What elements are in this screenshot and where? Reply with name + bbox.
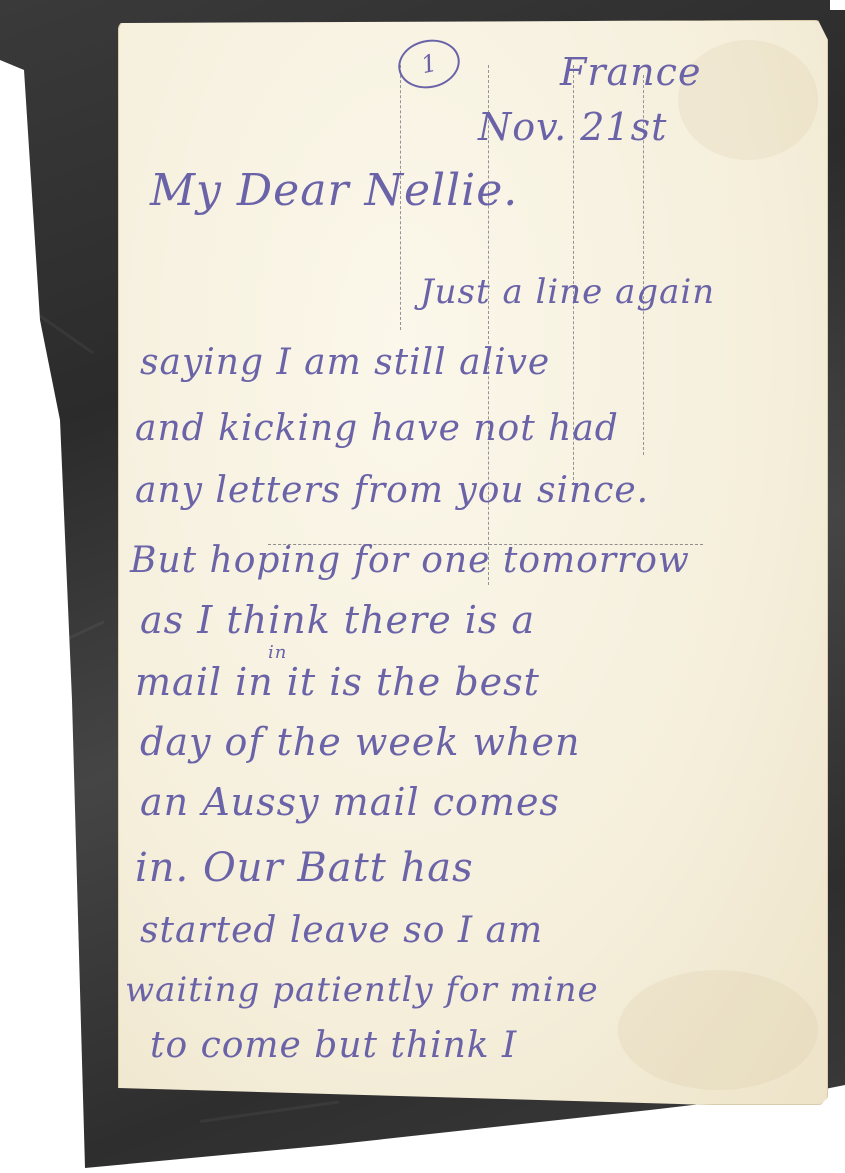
letter-line: started leave so I am: [140, 910, 543, 951]
letter-line: any letters from you since.: [135, 470, 649, 511]
letter-line: in. Our Batt has: [135, 845, 474, 891]
letter-line: Just a line again: [420, 272, 715, 312]
salutation: My Dear Nellie.: [150, 165, 518, 216]
letter-line: as I think there is a: [140, 598, 535, 642]
letter-line: waiting patiently for mine: [125, 970, 599, 1010]
date-heading: Nov. 21st: [478, 105, 667, 149]
letter-line: mail in it is the best: [135, 660, 540, 704]
letter-line: and kicking have not had: [135, 408, 619, 449]
letter-line: to come but think I: [150, 1025, 517, 1066]
paper-stain: [618, 970, 818, 1090]
letter-line: an Aussy mail comes: [140, 780, 560, 824]
place-heading: France: [560, 50, 701, 94]
letter-line: day of the week when: [140, 720, 580, 764]
letter-line: But hoping for one tomorrow: [130, 540, 690, 581]
letter-line: saying I am still alive: [140, 342, 550, 383]
